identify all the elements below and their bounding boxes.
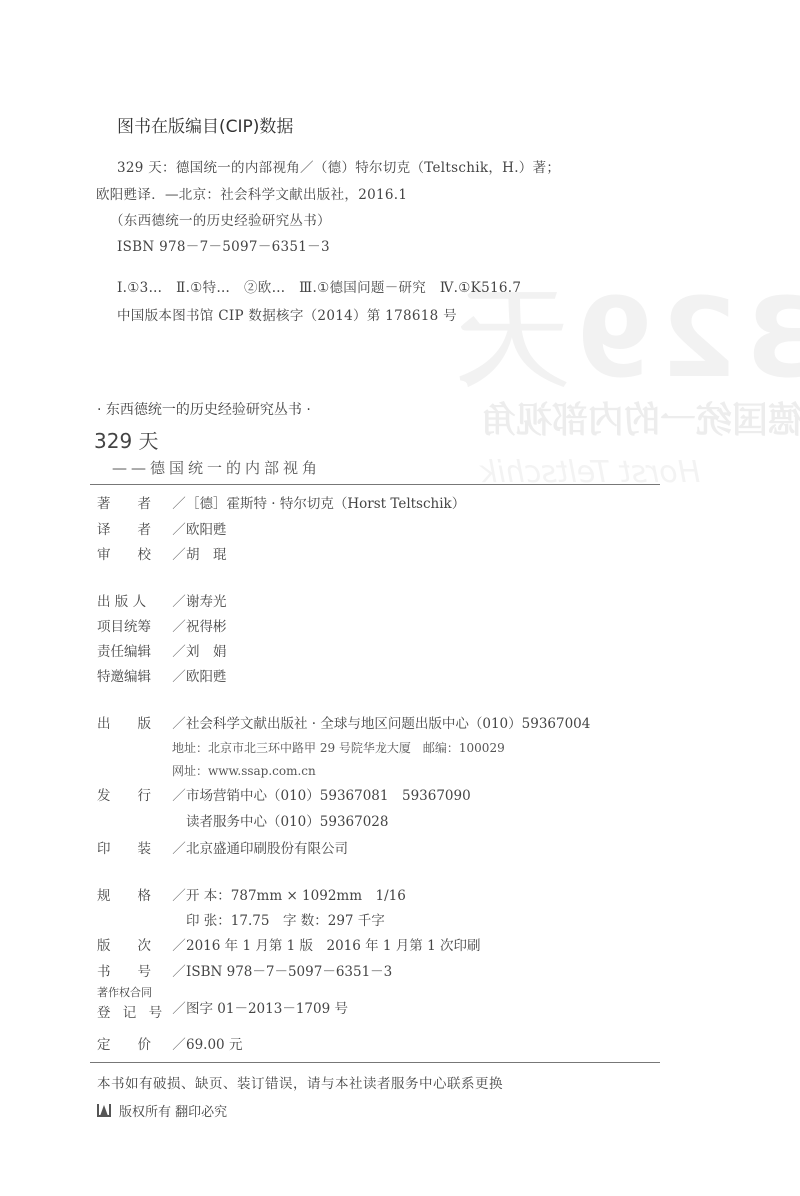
distribution-label: 发 行 xyxy=(97,784,172,804)
cip-line-5: Ⅰ.①3… Ⅱ.①特… ②欧… Ⅲ.①德国问题－研究 Ⅳ.①K516.7 xyxy=(117,276,521,296)
bottom-rule xyxy=(90,1062,660,1063)
cip-heading: 图书在版编目(CIP)数据 xyxy=(117,112,293,137)
credit-label: 出 版 人 xyxy=(97,590,172,610)
cip-line-1: 329 天：德国统一的内部视角／（德）特尔切克（Teltschik，H.）著； xyxy=(117,156,560,176)
separator: ／ xyxy=(172,543,186,563)
publisher-label: 出 版 xyxy=(97,712,172,732)
top-rule xyxy=(90,484,660,485)
separator: ／ xyxy=(172,590,186,610)
distribution-value: 市场营销中心（010）59367081 59367090 xyxy=(186,784,471,804)
watermark-subtitle: 德国统一的内部视角 xyxy=(480,392,800,443)
separator: ／ xyxy=(172,997,186,1017)
separator: ／ xyxy=(172,665,186,685)
series-name: · 东西德统一的历史经验研究丛书 · xyxy=(97,399,311,419)
credit-label: 审 校 xyxy=(97,543,172,563)
credit-author: 著 者 ／ ［德］霍斯特 · 特尔切克（Horst Teltschik） xyxy=(97,492,465,512)
copyright-reg-label-line2: 登 记 号 xyxy=(97,1003,166,1023)
edition-row: 版 次 ／ 2016 年 1 月第 1 版 2016 年 1 月第 1 次印刷 xyxy=(97,934,480,954)
publisher-address: 地址：北京市北三环中路甲 29 号院华龙大厦 邮编：100029 xyxy=(172,739,505,756)
edition-value: 2016 年 1 月第 1 版 2016 年 1 月第 1 次印刷 xyxy=(186,934,480,954)
book-subtitle: ——德国统一的内部视角 xyxy=(112,457,321,478)
publisher-value: 社会科学文献出版社 · 全球与地区问题出版中心（010）59367004 xyxy=(186,712,590,732)
book-title: 329 天 xyxy=(94,425,159,454)
separator: ／ xyxy=(172,615,186,635)
separator: ／ xyxy=(172,837,186,857)
publisher-logo-icon xyxy=(97,1104,111,1117)
printing-label: 印 装 xyxy=(97,837,172,857)
format-label: 规 格 xyxy=(97,884,172,904)
price-label: 定 价 xyxy=(97,1033,172,1053)
copyright-reg-label-line1: 著作权合同 xyxy=(97,983,166,1003)
format-row: 规 格 ／ 开 本：787mm × 1092mm 1/16 xyxy=(97,884,406,904)
damage-notice: 本书如有破损、缺页、装订错误，请与本社读者服务中心联系更换 xyxy=(97,1072,503,1092)
copyright-reg-row: ／ 图字 01－2013－1709 号 xyxy=(172,997,348,1017)
credit-guest-editor: 特邀编辑 ／ 欧阳甦 xyxy=(97,665,227,685)
credit-label: 译 者 xyxy=(97,518,172,538)
credit-value: 谢寿光 xyxy=(186,590,227,610)
credit-value: 欧阳甦 xyxy=(186,665,227,685)
publisher-website: 网址：www.ssap.com.cn xyxy=(172,762,316,779)
credit-translator: 译 者 ／ 欧阳甦 xyxy=(97,518,227,538)
separator: ／ xyxy=(172,1033,186,1053)
credit-value: 胡 琨 xyxy=(186,543,227,563)
credit-label: 特邀编辑 xyxy=(97,665,172,685)
separator: ／ xyxy=(172,518,186,538)
credit-publisher-person: 出 版 人 ／ 谢寿光 xyxy=(97,590,227,610)
copyright-reg-label: 著作权合同 登 记 号 xyxy=(97,983,166,1023)
price-value: 69.00 元 xyxy=(186,1033,242,1053)
credit-reviewer: 审 校 ／ 胡 琨 xyxy=(97,543,227,563)
credit-value: ［德］霍斯特 · 特尔切克（Horst Teltschik） xyxy=(186,492,465,512)
distribution-row: 发 行 ／ 市场营销中心（010）59367081 59367090 xyxy=(97,784,471,804)
credit-editor: 责任编辑 ／ 刘 娟 xyxy=(97,640,227,660)
credit-value: 祝得彬 xyxy=(186,615,227,635)
separator: ／ xyxy=(172,492,186,512)
rights-text: 版权所有 翻印必究 xyxy=(119,1101,227,1120)
cip-line-2: 欧阳甦译．—北京：社会科学文献出版社，2016.1 xyxy=(96,183,407,203)
separator: ／ xyxy=(172,784,186,804)
separator: ／ xyxy=(172,884,186,904)
copyright-reg-value: 图字 01－2013－1709 号 xyxy=(186,997,348,1017)
publisher-row: 出 版 ／ 社会科学文献出版社 · 全球与地区问题出版中心（010）593670… xyxy=(97,712,590,732)
price-row: 定 价 ／ 69.00 元 xyxy=(97,1033,242,1053)
reader-service: 读者服务中心（010）59367028 xyxy=(186,810,388,830)
credit-label: 著 者 xyxy=(97,492,172,512)
credit-project-coordinator: 项目统筹 ／ 祝得彬 xyxy=(97,615,227,635)
credit-value: 刘 娟 xyxy=(186,640,227,660)
edition-label: 版 次 xyxy=(97,934,172,954)
credit-label: 责任编辑 xyxy=(97,640,172,660)
cip-line-6: 中国版本图书馆 CIP 数据核字（2014）第 178618 号 xyxy=(117,304,457,324)
credit-label: 项目统筹 xyxy=(97,615,172,635)
isbn-label: 书 号 xyxy=(97,960,172,980)
cip-line-4: ISBN 978－7－5097－6351－3 xyxy=(117,235,330,255)
separator: ／ xyxy=(172,712,186,732)
credit-value: 欧阳甦 xyxy=(186,518,227,538)
separator: ／ xyxy=(172,960,186,980)
separator: ／ xyxy=(172,934,186,954)
printing-row: 印 装 ／ 北京盛通印刷股份有限公司 xyxy=(97,837,348,857)
rights-line: 版权所有 翻印必究 xyxy=(97,1101,227,1120)
watermark-number: 329天 xyxy=(450,250,800,408)
format-value: 开 本：787mm × 1092mm 1/16 xyxy=(186,884,406,904)
cip-line-3: （东西德统一的历史经验研究丛书） xyxy=(110,209,331,229)
isbn-row: 书 号 ／ ISBN 978－7－5097－6351－3 xyxy=(97,960,392,980)
sheets-wordcount: 印 张：17.75 字 数：297 千字 xyxy=(186,909,385,929)
printing-value: 北京盛通印刷股份有限公司 xyxy=(186,837,348,857)
separator: ／ xyxy=(172,640,186,660)
isbn-value: ISBN 978－7－5097－6351－3 xyxy=(186,960,392,980)
